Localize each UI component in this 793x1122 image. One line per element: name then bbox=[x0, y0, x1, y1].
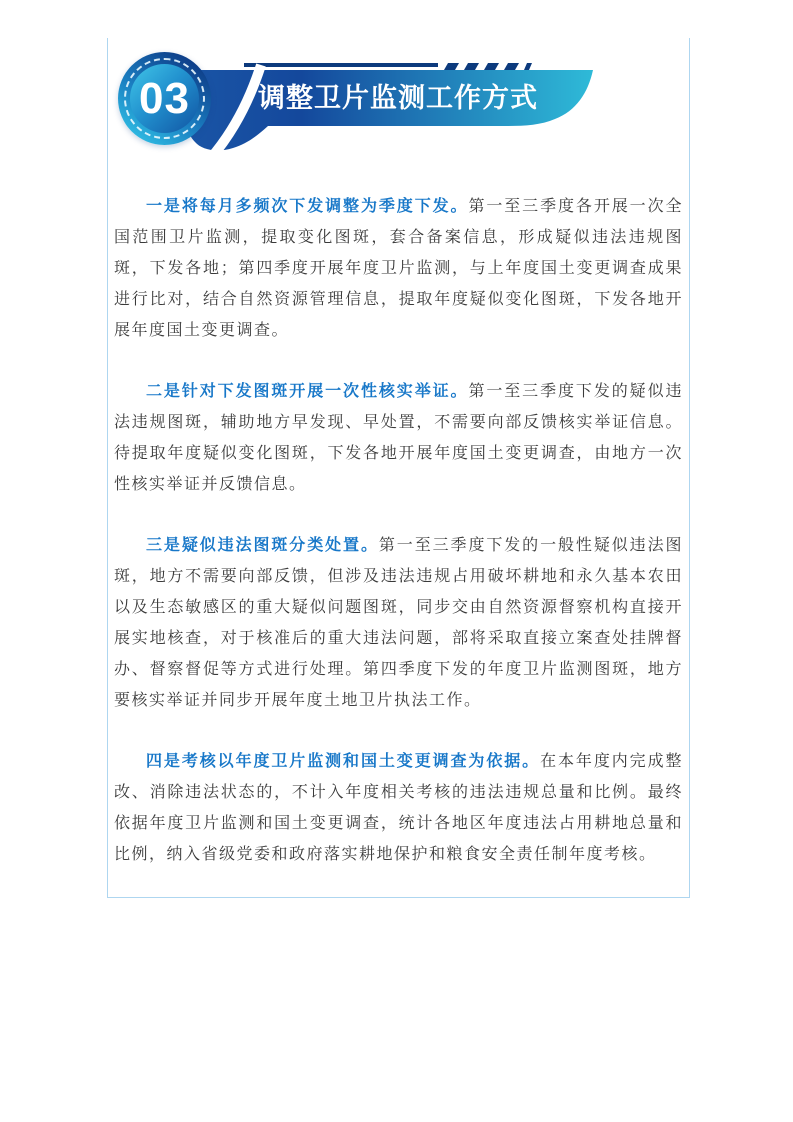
article-page: 03 调整卫片监测工作方式 一是将每月多频次下发调整为季度下发。第一至三季度各开… bbox=[0, 0, 793, 1122]
paragraph-3: 三是疑似违法图斑分类处置。第一至三季度下发的一般性疑似违法图斑，地方不需要向部反… bbox=[114, 530, 683, 716]
paragraph-4: 四是考核以年度卫片监测和国土变更调查为依据。在本年度内完成整改、消除违法状态的，… bbox=[114, 746, 683, 870]
paragraph-2-lead: 二是针对下发图斑开展一次性核实举证。 bbox=[146, 383, 468, 400]
paragraph-2: 二是针对下发图斑开展一次性核实举证。第一至三季度下发的疑似违法违规图斑，辅助地方… bbox=[114, 376, 683, 500]
paragraph-1-body: 第一至三季度各开展一次全国范围卫片监测，提取变化图斑，套合备案信息，形成疑似违法… bbox=[114, 198, 683, 339]
paragraph-1-lead: 一是将每月多频次下发调整为季度下发。 bbox=[146, 198, 468, 215]
article-body: 一是将每月多频次下发调整为季度下发。第一至三季度各开展一次全国范围卫片监测，提取… bbox=[108, 38, 689, 900]
paragraph-1: 一是将每月多频次下发调整为季度下发。第一至三季度各开展一次全国范围卫片监测，提取… bbox=[114, 191, 683, 346]
paragraph-3-body: 第一至三季度下发的一般性疑似违法图斑，地方不需要向部反馈，但涉及违法违规占用破坏… bbox=[114, 537, 683, 709]
paragraph-4-lead: 四是考核以年度卫片监测和国土变更调查为依据。 bbox=[146, 753, 540, 770]
content-frame: 03 调整卫片监测工作方式 一是将每月多频次下发调整为季度下发。第一至三季度各开… bbox=[107, 38, 690, 898]
paragraph-3-lead: 三是疑似违法图斑分类处置。 bbox=[146, 537, 379, 554]
